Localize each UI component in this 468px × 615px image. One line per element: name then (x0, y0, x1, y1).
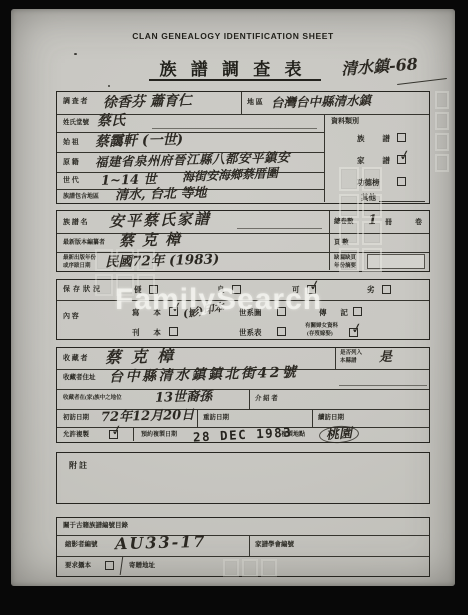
copy-date-label: 預約複製日期 (141, 432, 177, 438)
book-table: 族 譜 名 安平蔡氏家譜 總卷數 1 冊 卷 最新版本編纂者 蔡克樟 頁 數 最… (56, 210, 430, 272)
women-data-label-line2: (存歿嫁娶) (307, 332, 333, 338)
volumes-unit-juan: 卷 (415, 219, 422, 226)
first-ancestor-value: 蔡靄軒 (一世) (95, 133, 183, 149)
office-header: 關于古籍族譜編號目錄 (63, 523, 128, 530)
scan-speck (108, 85, 110, 87)
stamp-cell (435, 91, 449, 109)
category-item-label: 族 譜 (357, 135, 398, 143)
compiler-label: 最新版本編纂者 (63, 240, 105, 246)
rule (133, 427, 134, 441)
condition-table: 保存狀況 優 良 可 劣 內 容 寫 本 (影)印本 世系圖 傳 記 刊 本 世… (56, 279, 430, 340)
holder-label: 收 藏 者 (63, 355, 88, 362)
category-item-checkbox (397, 177, 406, 186)
rule (249, 535, 250, 556)
category-item-checkbox (397, 133, 406, 142)
condition-option-checkbox (382, 285, 391, 294)
investigator-value: 徐香芬 蕭育仁 (103, 94, 192, 110)
rule (329, 211, 330, 270)
fill-line (237, 228, 322, 229)
surname-label: 姓氏堂號 (63, 120, 89, 127)
fill-line (339, 385, 427, 386)
area-label: 地 區 (247, 99, 263, 106)
rule (197, 409, 198, 427)
condition-option-label: 良 (217, 286, 225, 294)
volumes-label: 總卷數 (334, 219, 354, 226)
condition-option-label: 劣 (367, 286, 375, 294)
origin-value-continued: 海街安海鄉蔡厝圍 (182, 167, 278, 183)
copy-place-value: 桃園 (318, 425, 359, 445)
rule (335, 348, 336, 369)
women-data-checkbox (349, 328, 358, 337)
category-header: 資料類別 (331, 118, 359, 125)
holder-position-value: 13世裔孫 (155, 390, 212, 404)
copy-place-label: 複製地點 (281, 432, 305, 438)
rule (57, 556, 429, 557)
rule (57, 233, 429, 234)
category-other-label: 其他 (361, 194, 376, 202)
stamp-cell (435, 112, 449, 130)
notes-label: 附 註 (69, 462, 87, 470)
holder-table: 收 藏 者 蔡克樟 是否列入 本縣譜 是 收藏者住址 台中縣清水鎮鎮北街42號 … (56, 347, 430, 443)
rule (249, 389, 250, 409)
holder-position-label: 收藏者在(家)族中之地位 (63, 396, 122, 402)
copy-date-value: 28 DEC 1983 (193, 426, 293, 444)
condition-option-label: 優 (134, 286, 142, 294)
condition-option-checkbox (149, 285, 158, 294)
manuscript-note: (影)印本 (182, 302, 225, 320)
biography-label: 傳 記 (319, 309, 354, 317)
missing-label-line1: 缺漏缺頁 (334, 256, 356, 262)
listed-label-line1: 是否列入 (340, 351, 362, 357)
condition-option-label: 可 (292, 286, 300, 294)
compiler-value: 蔡克樟 (119, 232, 188, 249)
final-visit-label: 續訪日期 (318, 415, 344, 422)
printed-edition-label: 刊 本 (132, 329, 167, 337)
stamp-watermark (435, 91, 449, 172)
rule (57, 300, 429, 301)
missing-entry-box (367, 254, 425, 269)
fill-line (152, 128, 317, 129)
pubdate-label-line2: 或序跋日期 (63, 264, 91, 270)
rule (57, 535, 429, 536)
volumes-value: 1 (368, 214, 377, 227)
stamp-cell (435, 133, 449, 151)
lineage-table-label: 世系表 (239, 329, 262, 337)
scanned-genealogy-form: CLAN GENEALOGY IDENTIFICATION SHEET 族 譜 … (0, 0, 468, 615)
society-number-label: 家譜學會編號 (255, 542, 294, 549)
rule (57, 252, 429, 253)
book-name-value: 安平蔡氏家譜 (109, 212, 211, 230)
listed-label-line2: 本縣譜 (340, 359, 357, 365)
area-value: 台灣台中縣清水鎮 (271, 95, 371, 110)
lineage-chart-checkbox (277, 307, 286, 316)
mailing-address-label: 寄贈地址 (129, 563, 155, 570)
holder-value: 蔡克樟 (105, 348, 183, 366)
missing-label-line2: 年份摘要 (334, 264, 356, 270)
paper-sheet: CLAN GENEALOGY IDENTIFICATION SHEET 族 譜 … (11, 9, 455, 586)
request-copy-checkbox (105, 561, 114, 570)
category-item-label: 家 譜 (357, 157, 398, 165)
pages-label: 頁 數 (334, 240, 349, 247)
english-title: CLAN GENEALOGY IDENTIFICATION SHEET (11, 31, 455, 41)
generation-label: 世 代 (63, 177, 79, 184)
scan-speck (74, 53, 77, 55)
first-visit-label: 初訪日期 (63, 415, 89, 422)
manuscript-checkbox (169, 307, 178, 316)
volumes-unit-ce: 冊 (385, 219, 392, 226)
lineage-chart-label: 世系圖 (239, 309, 262, 317)
origin-label: 原 籍 (63, 159, 79, 166)
second-visit-label: 重訪日期 (203, 415, 229, 422)
coverage-label: 族譜包含地區 (63, 194, 99, 200)
category-item-label: 功德榜 (357, 179, 380, 187)
investigator-label: 調 查 者 (63, 98, 88, 105)
listed-value: 是 (379, 351, 392, 364)
pubdate-label-line1: 最新出版年份 (63, 256, 96, 262)
condition-option-checkbox (232, 285, 241, 294)
women-data-label-line1: 有關婦女資料 (305, 324, 338, 330)
rule (57, 132, 324, 133)
other-blank-line (379, 201, 425, 202)
rule (241, 92, 242, 114)
copy-permit-checkbox (109, 430, 118, 439)
holder-address-label: 收藏者住址 (63, 375, 96, 382)
coverage-value: 清水, 台北 等地 (115, 187, 207, 202)
category-item-checkbox (397, 155, 406, 164)
manuscript-label: 寫 本 (132, 309, 167, 317)
condition-option-checkbox (307, 285, 316, 294)
biography-checkbox (353, 307, 362, 316)
rule (120, 556, 124, 575)
book-name-label: 族 譜 名 (63, 219, 88, 226)
rule (57, 389, 429, 390)
content-label: 內 容 (63, 313, 79, 320)
first-ancestor-label: 始 祖 (63, 139, 79, 146)
condition-label: 保存狀況 (63, 286, 103, 293)
pubdate-value: 民國72年 (1983) (105, 254, 220, 270)
rule (312, 409, 313, 427)
office-table: 關于古籍族譜編號目錄 縮影者編號 AU33-17 家譜學會編號 要求攝本 寄贈地… (56, 517, 430, 577)
stamp-cell (435, 154, 449, 172)
copy-permit-label: 允許複製 (63, 432, 89, 439)
first-visit-value: 72年12月20日 (101, 409, 195, 424)
surname-value: 蔡氏 (97, 114, 125, 129)
introducer-label: 介 紹 者 (255, 396, 278, 403)
rule (324, 114, 325, 202)
notes-box: 附 註 (56, 452, 430, 504)
lineage-table-checkbox (277, 327, 286, 336)
survey-table: 調 查 者 徐香芬 蕭育仁 地 區 台灣台中縣清水鎮 姓氏堂號 蔡氏 始 祖 蔡… (56, 91, 430, 204)
microfilm-number-label: 縮影者編號 (65, 542, 98, 549)
holder-address-value: 台中縣清水鎮鎮北街42號 (109, 366, 299, 385)
printed-edition-checkbox (169, 327, 178, 336)
microfilm-number-value: AU33-17 (115, 534, 207, 552)
title-underline (149, 79, 321, 81)
request-copy-label: 要求攝本 (65, 563, 91, 570)
generation-value: 1~14 世 (101, 173, 157, 187)
